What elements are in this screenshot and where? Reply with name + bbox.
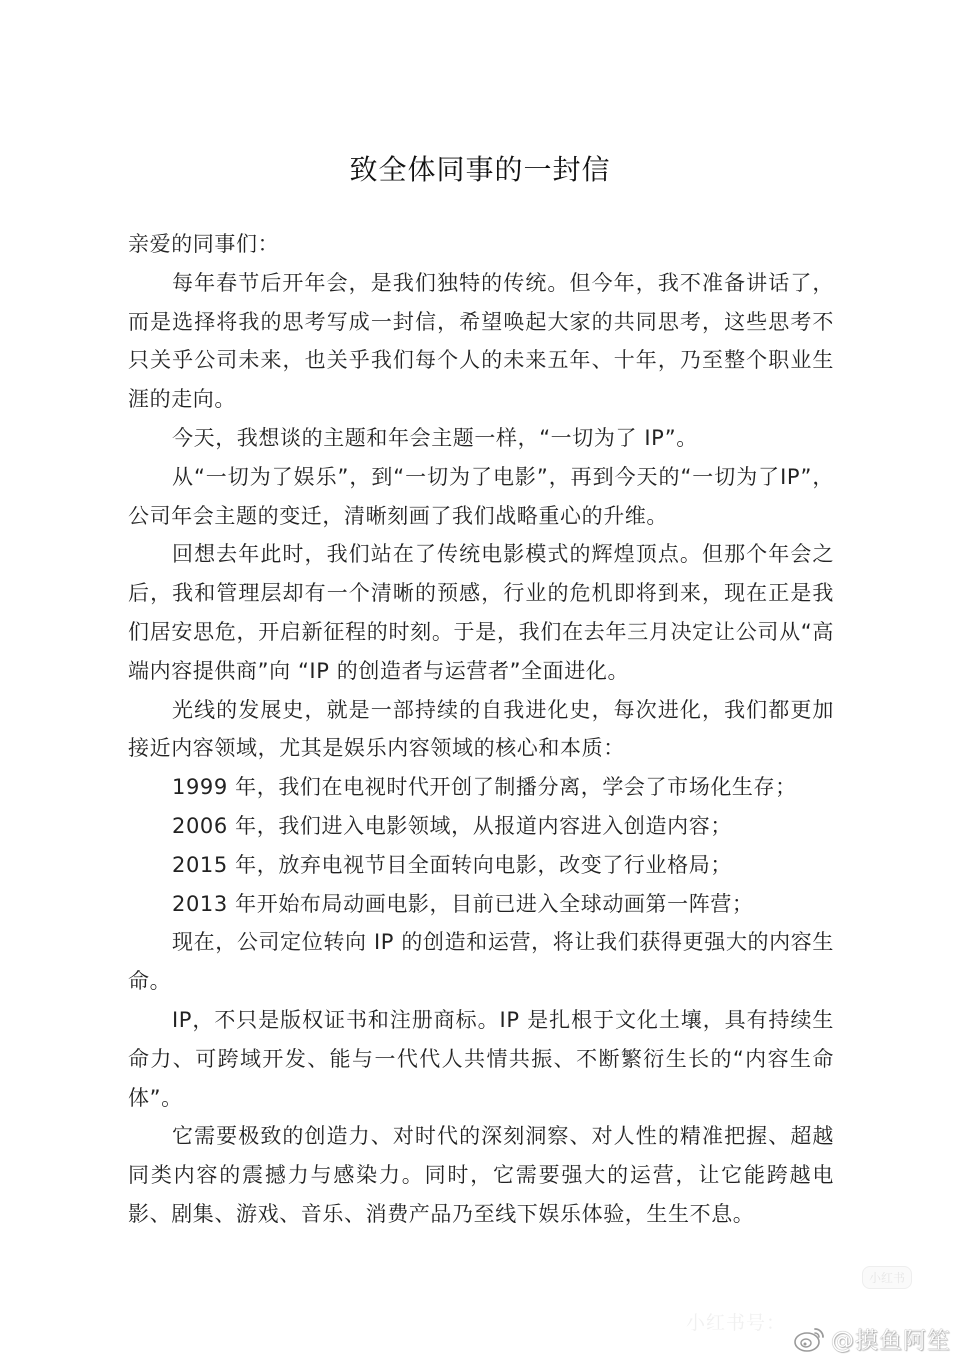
paragraph: IP，不只是版权证书和注册商标。IP 是扎根于文化土壤，具有持续生命力、可跨域开… <box>128 1001 834 1117</box>
timeline-item: 2006 年，我们进入电影领域，从报道内容进入创造内容； <box>128 807 834 846</box>
paragraph: 回想去年此时，我们站在了传统电影模式的辉煌顶点。但那个年会之后，我和管理层却有一… <box>128 535 834 690</box>
weibo-logo-icon <box>793 1325 827 1353</box>
weibo-handle: @摸鱼阿笙 <box>831 1322 951 1355</box>
paragraph: 今天，我想谈的主题和年会主题一样，“一切为了 IP”。 <box>128 419 834 458</box>
paragraph: 现在，公司定位转向 IP 的创造和运营，将让我们获得更强大的内容生命。 <box>128 923 834 1001</box>
xiaohongshu-id-watermark: 小红书号： <box>686 1308 786 1335</box>
salutation: 亲爱的同事们： <box>128 225 834 264</box>
timeline-item: 1999 年，我们在电视时代开创了制播分离，学会了市场化生存； <box>128 768 834 807</box>
letter-title: 致全体同事的一封信 <box>0 152 960 188</box>
paragraph: 从“一切为了娱乐”，到“一切为了电影”，再到今天的“一切为了IP”，公司年会主题… <box>128 458 834 536</box>
timeline-item: 2013 年开始布局动画电影，目前已进入全球动画第一阵营； <box>128 885 834 924</box>
xiaohongshu-badge-watermark: 小红书 <box>862 1266 912 1289</box>
timeline-item: 2015 年，放弃电视节目全面转向电影，改变了行业格局； <box>128 846 834 885</box>
paragraph: 它需要极致的创造力、对时代的深刻洞察、对人性的精准把握、超越同类内容的震撼力与感… <box>128 1117 834 1233</box>
letter-page: 致全体同事的一封信 亲爱的同事们： 每年春节后开年会，是我们独特的传统。但今年，… <box>0 0 960 1360</box>
paragraph: 每年春节后开年会，是我们独特的传统。但今年，我不准备讲话了，而是选择将我的思考写… <box>128 264 834 419</box>
letter-body: 亲爱的同事们： 每年春节后开年会，是我们独特的传统。但今年，我不准备讲话了，而是… <box>128 225 834 1234</box>
weibo-watermark: @摸鱼阿笙 <box>793 1322 951 1355</box>
paragraph: 光线的发展史，就是一部持续的自我进化史，每次进化，我们都更加接近内容领域，尤其是… <box>128 691 834 769</box>
